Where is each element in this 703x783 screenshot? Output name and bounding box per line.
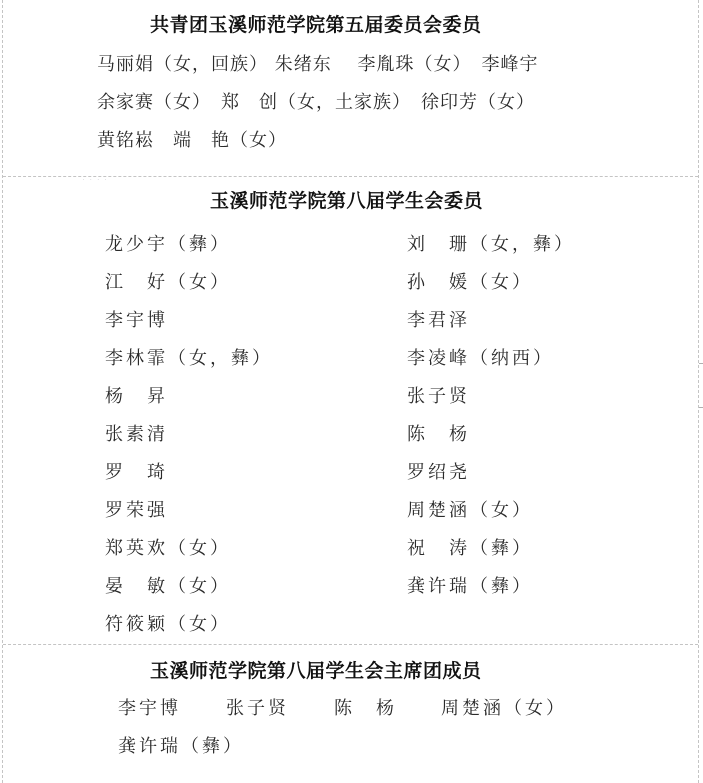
member-name: 龙少宇（彝） [105, 230, 231, 256]
member-line: 黄铭崧 端 艳（女） [97, 126, 287, 152]
member-line: 马丽娟（女，回族） 朱绪东 李胤珠（女） 李峰宇 [97, 50, 538, 76]
member-name: 郑英欢（女） [105, 534, 231, 560]
member-name: 刘 珊（女，彝） [407, 230, 575, 256]
member-name: 张子贤 [407, 382, 470, 408]
page-edge-right [698, 0, 699, 783]
page-edge-left [2, 0, 3, 783]
member-name: 周楚涵（女） [407, 496, 533, 522]
member-name: 李君泽 [407, 306, 470, 332]
margin-marker [699, 363, 703, 364]
member-name: 杨 昇 [105, 382, 168, 408]
member-name: 龚许瑞（彝） [118, 732, 244, 758]
format-marks: ···· [83, 177, 112, 182]
member-name: 孙 媛（女） [407, 268, 533, 294]
member-name: 陈 杨 [407, 420, 470, 446]
section-title: 玉溪师范学院第八届学生会委员 [210, 186, 483, 213]
member-name: 陈 杨 [334, 694, 397, 720]
member-name: 周楚涵（女） [441, 694, 567, 720]
member-name: 符筱颖（女） [105, 610, 231, 636]
section-title: 共青团玉溪师范学院第五届委员会委员 [150, 10, 482, 37]
member-name: 李宇博 [105, 306, 168, 332]
member-name: 李凌峰（纳西） [407, 344, 554, 370]
member-name: 祝 涛（彝） [407, 534, 533, 560]
member-name: 龚许瑞（彝） [407, 572, 533, 598]
member-name: 晏 敏（女） [105, 572, 231, 598]
member-name: 罗荣强 [105, 496, 168, 522]
member-name: 张子贤 [226, 694, 289, 720]
member-name: 罗绍尧 [407, 458, 470, 484]
member-line: 余家赛（女） 郑 创（女，土家族） 徐印芳（女） [97, 88, 535, 114]
member-name: 罗 琦 [105, 458, 168, 484]
section-divider [3, 644, 698, 645]
member-name: 张素清 [105, 420, 168, 446]
member-name: 李宇博 [118, 694, 181, 720]
section-title: 玉溪师范学院第八届学生会主席团成员 [150, 656, 482, 683]
member-name: 李林霏（女，彝） [105, 344, 273, 370]
member-name: 江 好（女） [105, 268, 231, 294]
margin-marker [699, 407, 703, 408]
